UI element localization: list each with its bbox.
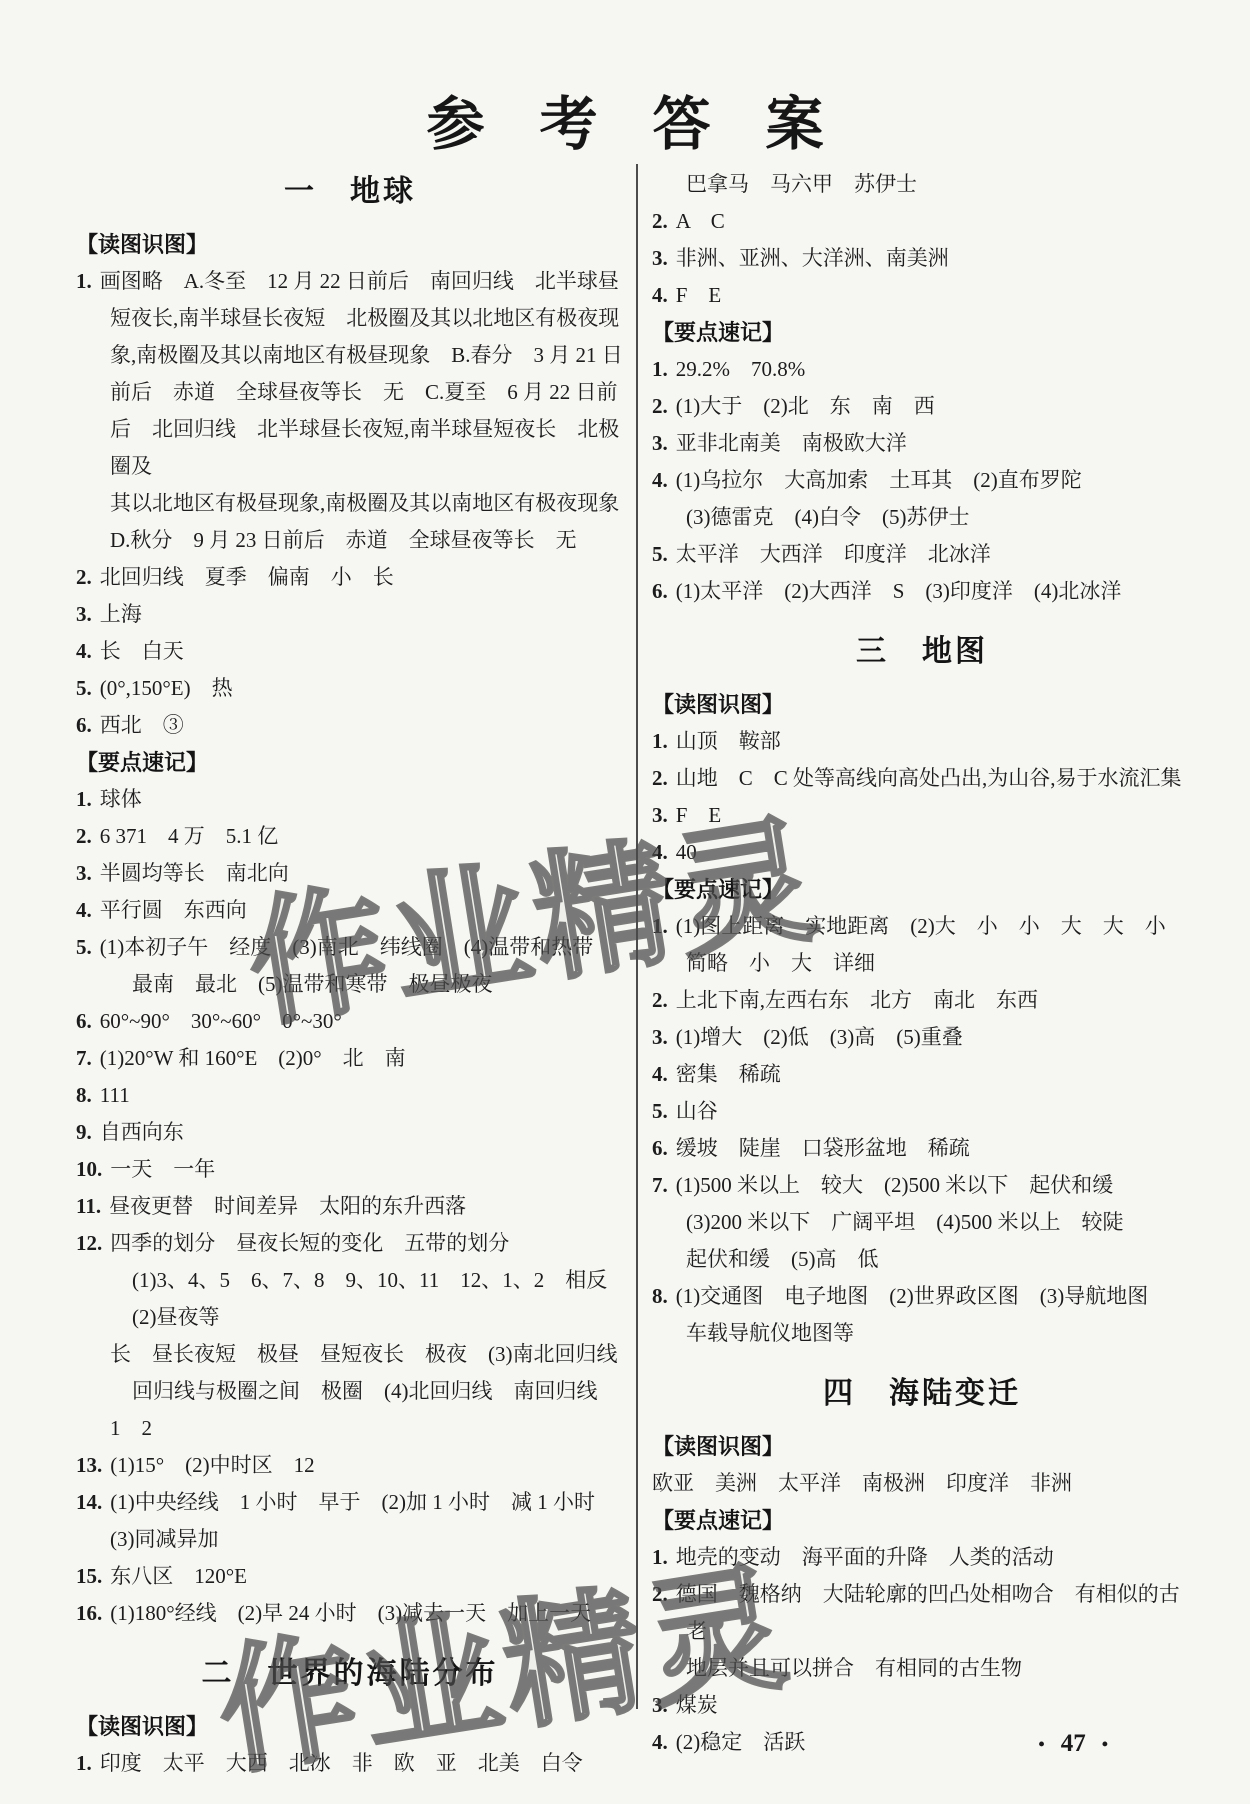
answer-text: 四季的划分 昼夜长短的变化 五带的划分 xyxy=(110,1231,509,1255)
answer-line: 简略 小 大 详细 xyxy=(652,945,1192,982)
answer-text: 40 xyxy=(676,840,697,864)
section-heading: 二 世界的海陆分布 xyxy=(76,1654,624,1694)
answer-text: 西北 ③ xyxy=(100,713,184,737)
answer-number: 5. xyxy=(652,1099,668,1123)
answer-line: 3.F E xyxy=(652,797,1192,834)
answer-line: 前后 赤道 全球昼夜等长 无 C.夏至 6 月 22 日前 xyxy=(76,374,624,411)
answer-text: 德国 魏格纳 大陆轮廓的凹凸处相吻合 有相似的古老 xyxy=(676,1582,1180,1643)
answer-text: 缓坡 陡崖 口袋形盆地 稀疏 xyxy=(676,1136,970,1160)
answer-number: 10. xyxy=(76,1157,102,1181)
section-heading: 一 地球 xyxy=(76,172,624,212)
answer-text: (2)稳定 活跃 xyxy=(676,1730,806,1754)
answer-line: 1.29.2% 70.8% xyxy=(652,351,1192,388)
answer-number: 2. xyxy=(652,394,668,418)
answer-text: 球体 xyxy=(100,787,142,811)
answer-text: 昼夜更替 时间差异 太阳的东升西落 xyxy=(109,1194,466,1218)
answer-text: 平行圆 东西向 xyxy=(100,898,247,922)
answer-number: 3. xyxy=(76,861,92,885)
answer-line: 1.地壳的变动 海平面的升降 人类的活动 xyxy=(652,1539,1192,1576)
answer-line: 1.印度 太平 大西 北冰 非 欧 亚 北美 白令 xyxy=(76,1745,624,1782)
section-heading: 三 地图 xyxy=(652,632,1192,672)
answer-number: 1. xyxy=(652,914,668,938)
block-label: 【读图识图】 xyxy=(76,226,624,263)
answer-line: 4.密集 稀疏 xyxy=(652,1056,1192,1093)
right-column: 巴拿马 马六甲 苏伊士2.A C3.非洲、亚洲、大洋洲、南美洲4.F E【要点速… xyxy=(652,150,1192,1761)
answer-line: 4.40 xyxy=(652,834,1192,871)
answer-line: 14.(1)中央经线 1 小时 早于 (2)加 1 小时 减 1 小时 xyxy=(76,1484,624,1521)
answer-text: (1)500 米以上 较大 (2)500 米以下 起伏和缓 xyxy=(676,1173,1113,1197)
answer-text: 29.2% 70.8% xyxy=(676,357,806,381)
answer-line: 2.A C xyxy=(652,203,1192,240)
footer-dot: • xyxy=(1102,1734,1108,1755)
answer-number: 7. xyxy=(76,1046,92,1070)
answer-text: 上海 xyxy=(100,602,142,626)
answer-text: 非洲、亚洲、大洋洲、南美洲 xyxy=(676,246,949,270)
answer-line: 1.(1)图上距离 实地距离 (2)大 小 小 大 大 小 xyxy=(652,908,1192,945)
answer-line: (3)德雷克 (4)白令 (5)苏伊士 xyxy=(652,499,1192,536)
answer-text: 上北下南,左西右东 北方 南北 东西 xyxy=(676,988,1038,1012)
answer-number: 15. xyxy=(76,1564,102,1588)
answer-number: 6. xyxy=(652,1136,668,1160)
answer-text: 6 371 4 万 5.1 亿 xyxy=(100,824,279,848)
left-column: 一 地球【读图识图】1.画图略 A.冬至 12 月 22 日前后 南回归线 北半… xyxy=(76,150,624,1782)
answer-line: 15.东八区 120°E xyxy=(76,1558,624,1595)
answer-number: 3. xyxy=(76,602,92,626)
answer-number: 4. xyxy=(652,1730,668,1754)
answer-number: 1. xyxy=(76,269,92,293)
answer-line: 9.自西向东 xyxy=(76,1114,624,1151)
page-title: 参考答案 xyxy=(0,77,1250,161)
answer-number: 16. xyxy=(76,1601,102,1625)
answer-line: 回归线与极圈之间 极圈 (4)北回归线 南回归线 xyxy=(76,1373,624,1410)
answer-number: 3. xyxy=(652,431,668,455)
answer-line: 3.非洲、亚洲、大洋洲、南美洲 xyxy=(652,240,1192,277)
answer-line: 2.(1)大于 (2)北 东 南 西 xyxy=(652,388,1192,425)
answer-number: 2. xyxy=(652,1582,668,1606)
answer-number: 1. xyxy=(652,357,668,381)
answer-text: 山谷 xyxy=(676,1099,718,1123)
answer-text: (1)15° (2)中时区 12 xyxy=(110,1453,314,1477)
answer-line: 12.四季的划分 昼夜长短的变化 五带的划分 xyxy=(76,1225,624,1262)
answer-line: 1.画图略 A.冬至 12 月 22 日前后 南回归线 北半球昼 xyxy=(76,263,624,300)
answer-text: 煤炭 xyxy=(676,1693,718,1717)
answer-number: 13. xyxy=(76,1453,102,1477)
column-divider xyxy=(636,164,638,1709)
block-label: 【要点速记】 xyxy=(76,744,624,781)
answer-number: 2. xyxy=(76,824,92,848)
answer-text: 地壳的变动 海平面的升降 人类的活动 xyxy=(676,1545,1054,1569)
answer-line: 5.(1)本初子午 经度 (3)南北 纬线圈 (4)温带和热带 xyxy=(76,929,624,966)
answer-number: 3. xyxy=(652,246,668,270)
page-number: 47 xyxy=(1061,1730,1086,1758)
answer-text: 60°~90° 30°~60° 0°~30° xyxy=(100,1009,342,1033)
answer-line: 3.半圆均等长 南北向 xyxy=(76,855,624,892)
answer-line: 13.(1)15° (2)中时区 12 xyxy=(76,1447,624,1484)
answer-text: F E xyxy=(676,803,722,827)
answer-number: 5. xyxy=(76,676,92,700)
answer-number: 8. xyxy=(76,1083,92,1107)
answer-line: 7.(1)20°W 和 160°E (2)0° 北 南 xyxy=(76,1040,624,1077)
answer-line: 1 2 xyxy=(76,1410,624,1447)
answer-line: 3.亚非北南美 南极欧大洋 xyxy=(652,425,1192,462)
answer-line: 6.西北 ③ xyxy=(76,707,624,744)
answer-number: 1. xyxy=(76,1751,92,1775)
answer-number: 2. xyxy=(652,766,668,790)
answer-text: (1)大于 (2)北 东 南 西 xyxy=(676,394,935,418)
answer-text: 山地 C C 处等高线向高处凸出,为山谷,易于水流汇集 xyxy=(676,766,1182,790)
answer-number: 8. xyxy=(652,1284,668,1308)
answer-number: 4. xyxy=(652,840,668,864)
answer-line: 巴拿马 马六甲 苏伊士 xyxy=(652,166,1192,203)
answer-line: 8.111 xyxy=(76,1077,624,1114)
answer-number: 14. xyxy=(76,1490,102,1514)
answer-line: 2.上北下南,左西右东 北方 南北 东西 xyxy=(652,982,1192,1019)
block-label: 【读图识图】 xyxy=(652,686,1192,723)
block-label: 【要点速记】 xyxy=(652,871,1192,908)
footer-dot: • xyxy=(1038,1734,1044,1755)
answer-text: 东八区 120°E xyxy=(110,1564,247,1588)
answer-line: 3.(1)增大 (2)低 (3)高 (5)重叠 xyxy=(652,1019,1192,1056)
answer-number: 9. xyxy=(76,1120,92,1144)
answer-number: 5. xyxy=(76,935,92,959)
block-label: 【读图识图】 xyxy=(652,1428,1192,1465)
answer-text: 亚非北南美 南极欧大洋 xyxy=(676,431,907,455)
answer-line: 2.山地 C C 处等高线向高处凸出,为山谷,易于水流汇集 xyxy=(652,760,1192,797)
answer-number: 6. xyxy=(76,1009,92,1033)
answer-text: F E xyxy=(676,283,722,307)
answer-text: 印度 太平 大西 北冰 非 欧 亚 北美 白令 xyxy=(100,1751,583,1775)
answer-line: (3)同减异加 xyxy=(76,1521,624,1558)
answer-text: 密集 稀疏 xyxy=(676,1062,781,1086)
answer-line: 6.缓坡 陡崖 口袋形盆地 稀疏 xyxy=(652,1130,1192,1167)
answer-line: 后 北回归线 北半球昼长夜短,南半球昼短夜长 北极圈及 xyxy=(76,411,624,485)
answer-line: 11.昼夜更替 时间差异 太阳的东升西落 xyxy=(76,1188,624,1225)
answer-text: 太平洋 大西洋 印度洋 北冰洋 xyxy=(676,542,991,566)
answer-number: 4. xyxy=(652,1062,668,1086)
answer-number: 11. xyxy=(76,1194,101,1218)
answer-line: D.秋分 9 月 23 日前后 赤道 全球昼夜等长 无 xyxy=(76,522,624,559)
answer-line: 4.长 白天 xyxy=(76,633,624,670)
answer-text: (1)180°经线 (2)早 24 小时 (3)减去一天 加上一天 xyxy=(110,1601,591,1625)
answer-line: 7.(1)500 米以上 较大 (2)500 米以下 起伏和缓 xyxy=(652,1167,1192,1204)
answer-text: 111 xyxy=(100,1083,130,1107)
answer-text: (1)交通图 电子地图 (2)世界政区图 (3)导航地图 xyxy=(676,1284,1148,1308)
answer-line: (3)200 米以下 广阔平坦 (4)500 米以上 较陡 xyxy=(652,1204,1192,1241)
answer-text: (1)图上距离 实地距离 (2)大 小 小 大 大 小 xyxy=(676,914,1166,938)
answer-number: 5. xyxy=(652,542,668,566)
answer-line: 象,南极圈及其以南地区有极昼现象 B.春分 3 月 21 日 xyxy=(76,337,624,374)
answer-number: 2. xyxy=(652,209,668,233)
answer-text: (1)中央经线 1 小时 早于 (2)加 1 小时 减 1 小时 xyxy=(110,1490,595,1514)
answer-line: 地层并且可以拼合 有相同的古生物 xyxy=(652,1650,1192,1687)
answer-text: 一天 一年 xyxy=(110,1157,215,1181)
answer-number: 4. xyxy=(652,283,668,307)
answer-line: 4.(1)乌拉尔 大高加索 土耳其 (2)直布罗陀 xyxy=(652,462,1192,499)
block-label: 【要点速记】 xyxy=(652,314,1192,351)
answer-text: (0°,150°E) 热 xyxy=(100,676,233,700)
answer-line: 欧亚 美洲 太平洋 南极洲 印度洋 非洲 xyxy=(652,1465,1192,1502)
answer-line: 长 昼长夜短 极昼 昼短夜长 极夜 (3)南北回归线 xyxy=(76,1336,624,1373)
block-label: 【读图识图】 xyxy=(76,1708,624,1745)
answer-number: 1. xyxy=(652,1545,668,1569)
answer-number: 3. xyxy=(652,1693,668,1717)
answer-number: 1. xyxy=(652,729,668,753)
answer-line: 16.(1)180°经线 (2)早 24 小时 (3)减去一天 加上一天 xyxy=(76,1595,624,1632)
answer-text: 长 白天 xyxy=(100,639,184,663)
answer-text: (1)乌拉尔 大高加索 土耳其 (2)直布罗陀 xyxy=(676,468,1082,492)
answer-number: 4. xyxy=(652,468,668,492)
answer-text: (1)增大 (2)低 (3)高 (5)重叠 xyxy=(676,1025,963,1049)
answer-line: 5.(0°,150°E) 热 xyxy=(76,670,624,707)
answer-number: 6. xyxy=(652,579,668,603)
answer-text: 半圆均等长 南北向 xyxy=(100,861,289,885)
answer-line: 2.北回归线 夏季 偏南 小 长 xyxy=(76,559,624,596)
answer-text: 画图略 A.冬至 12 月 22 日前后 南回归线 北半球昼 xyxy=(100,269,619,293)
answer-line: 6.60°~90° 30°~60° 0°~30° xyxy=(76,1003,624,1040)
answer-line: 1.山顶 鞍部 xyxy=(652,723,1192,760)
answer-text: (1)20°W 和 160°E (2)0° 北 南 xyxy=(100,1046,406,1070)
page-footer: • 47 • xyxy=(1038,1730,1108,1758)
answer-text: (1)太平洋 (2)大西洋 S (3)印度洋 (4)北冰洋 xyxy=(676,579,1122,603)
answer-number: 2. xyxy=(76,565,92,589)
answer-number: 12. xyxy=(76,1231,102,1255)
answer-line: 10.一天 一年 xyxy=(76,1151,624,1188)
answer-number: 1. xyxy=(76,787,92,811)
answer-number: 7. xyxy=(652,1173,668,1197)
answer-number: 4. xyxy=(76,639,92,663)
answer-line: 其以北地区有极昼现象,南极圈及其以南地区有极夜现象 xyxy=(76,485,624,522)
answer-text: (1)本初子午 经度 (3)南北 纬线圈 (4)温带和热带 xyxy=(100,935,593,959)
answer-line: 5.山谷 xyxy=(652,1093,1192,1130)
answer-key-page: 参考答案 一 地球【读图识图】1.画图略 A.冬至 12 月 22 日前后 南回… xyxy=(0,0,1250,1804)
answer-line: 4.平行圆 东西向 xyxy=(76,892,624,929)
answer-number: 6. xyxy=(76,713,92,737)
answer-line: 3.上海 xyxy=(76,596,624,633)
answer-text: 山顶 鞍部 xyxy=(676,729,781,753)
answer-line: 2.6 371 4 万 5.1 亿 xyxy=(76,818,624,855)
answer-text: 北回归线 夏季 偏南 小 长 xyxy=(100,565,394,589)
answer-line: (1)3、4、5 6、7、8 9、10、11 12、1、2 相反 (2)昼夜等 xyxy=(76,1262,624,1336)
answer-line: 车载导航仪地图等 xyxy=(652,1315,1192,1352)
answer-line: 5.太平洋 大西洋 印度洋 北冰洋 xyxy=(652,536,1192,573)
two-column-layout: 一 地球【读图识图】1.画图略 A.冬至 12 月 22 日前后 南回归线 北半… xyxy=(76,150,1192,1782)
answer-line: 起伏和缓 (5)高 低 xyxy=(652,1241,1192,1278)
answer-line: 1.球体 xyxy=(76,781,624,818)
answer-number: 3. xyxy=(652,803,668,827)
answer-text: A C xyxy=(676,209,725,233)
block-label: 【要点速记】 xyxy=(652,1502,1192,1539)
answer-text: 自西向东 xyxy=(100,1120,184,1144)
answer-line: 4.F E xyxy=(652,277,1192,314)
answer-line: 3.煤炭 xyxy=(652,1687,1192,1724)
answer-line: 最南 最北 (5)温带和寒带 极昼极夜 xyxy=(76,966,624,1003)
answer-line: 4.(2)稳定 活跃 xyxy=(652,1724,1192,1761)
answer-number: 2. xyxy=(652,988,668,1012)
answer-number: 3. xyxy=(652,1025,668,1049)
answer-line: 6.(1)太平洋 (2)大西洋 S (3)印度洋 (4)北冰洋 xyxy=(652,573,1192,610)
answer-line: 短夜长,南半球昼长夜短 北极圈及其以北地区有极夜现 xyxy=(76,300,624,337)
answer-line: 8.(1)交通图 电子地图 (2)世界政区图 (3)导航地图 xyxy=(652,1278,1192,1315)
answer-number: 4. xyxy=(76,898,92,922)
answer-line: 2.德国 魏格纳 大陆轮廓的凹凸处相吻合 有相似的古老 xyxy=(652,1576,1192,1650)
section-heading: 四 海陆变迁 xyxy=(652,1374,1192,1414)
